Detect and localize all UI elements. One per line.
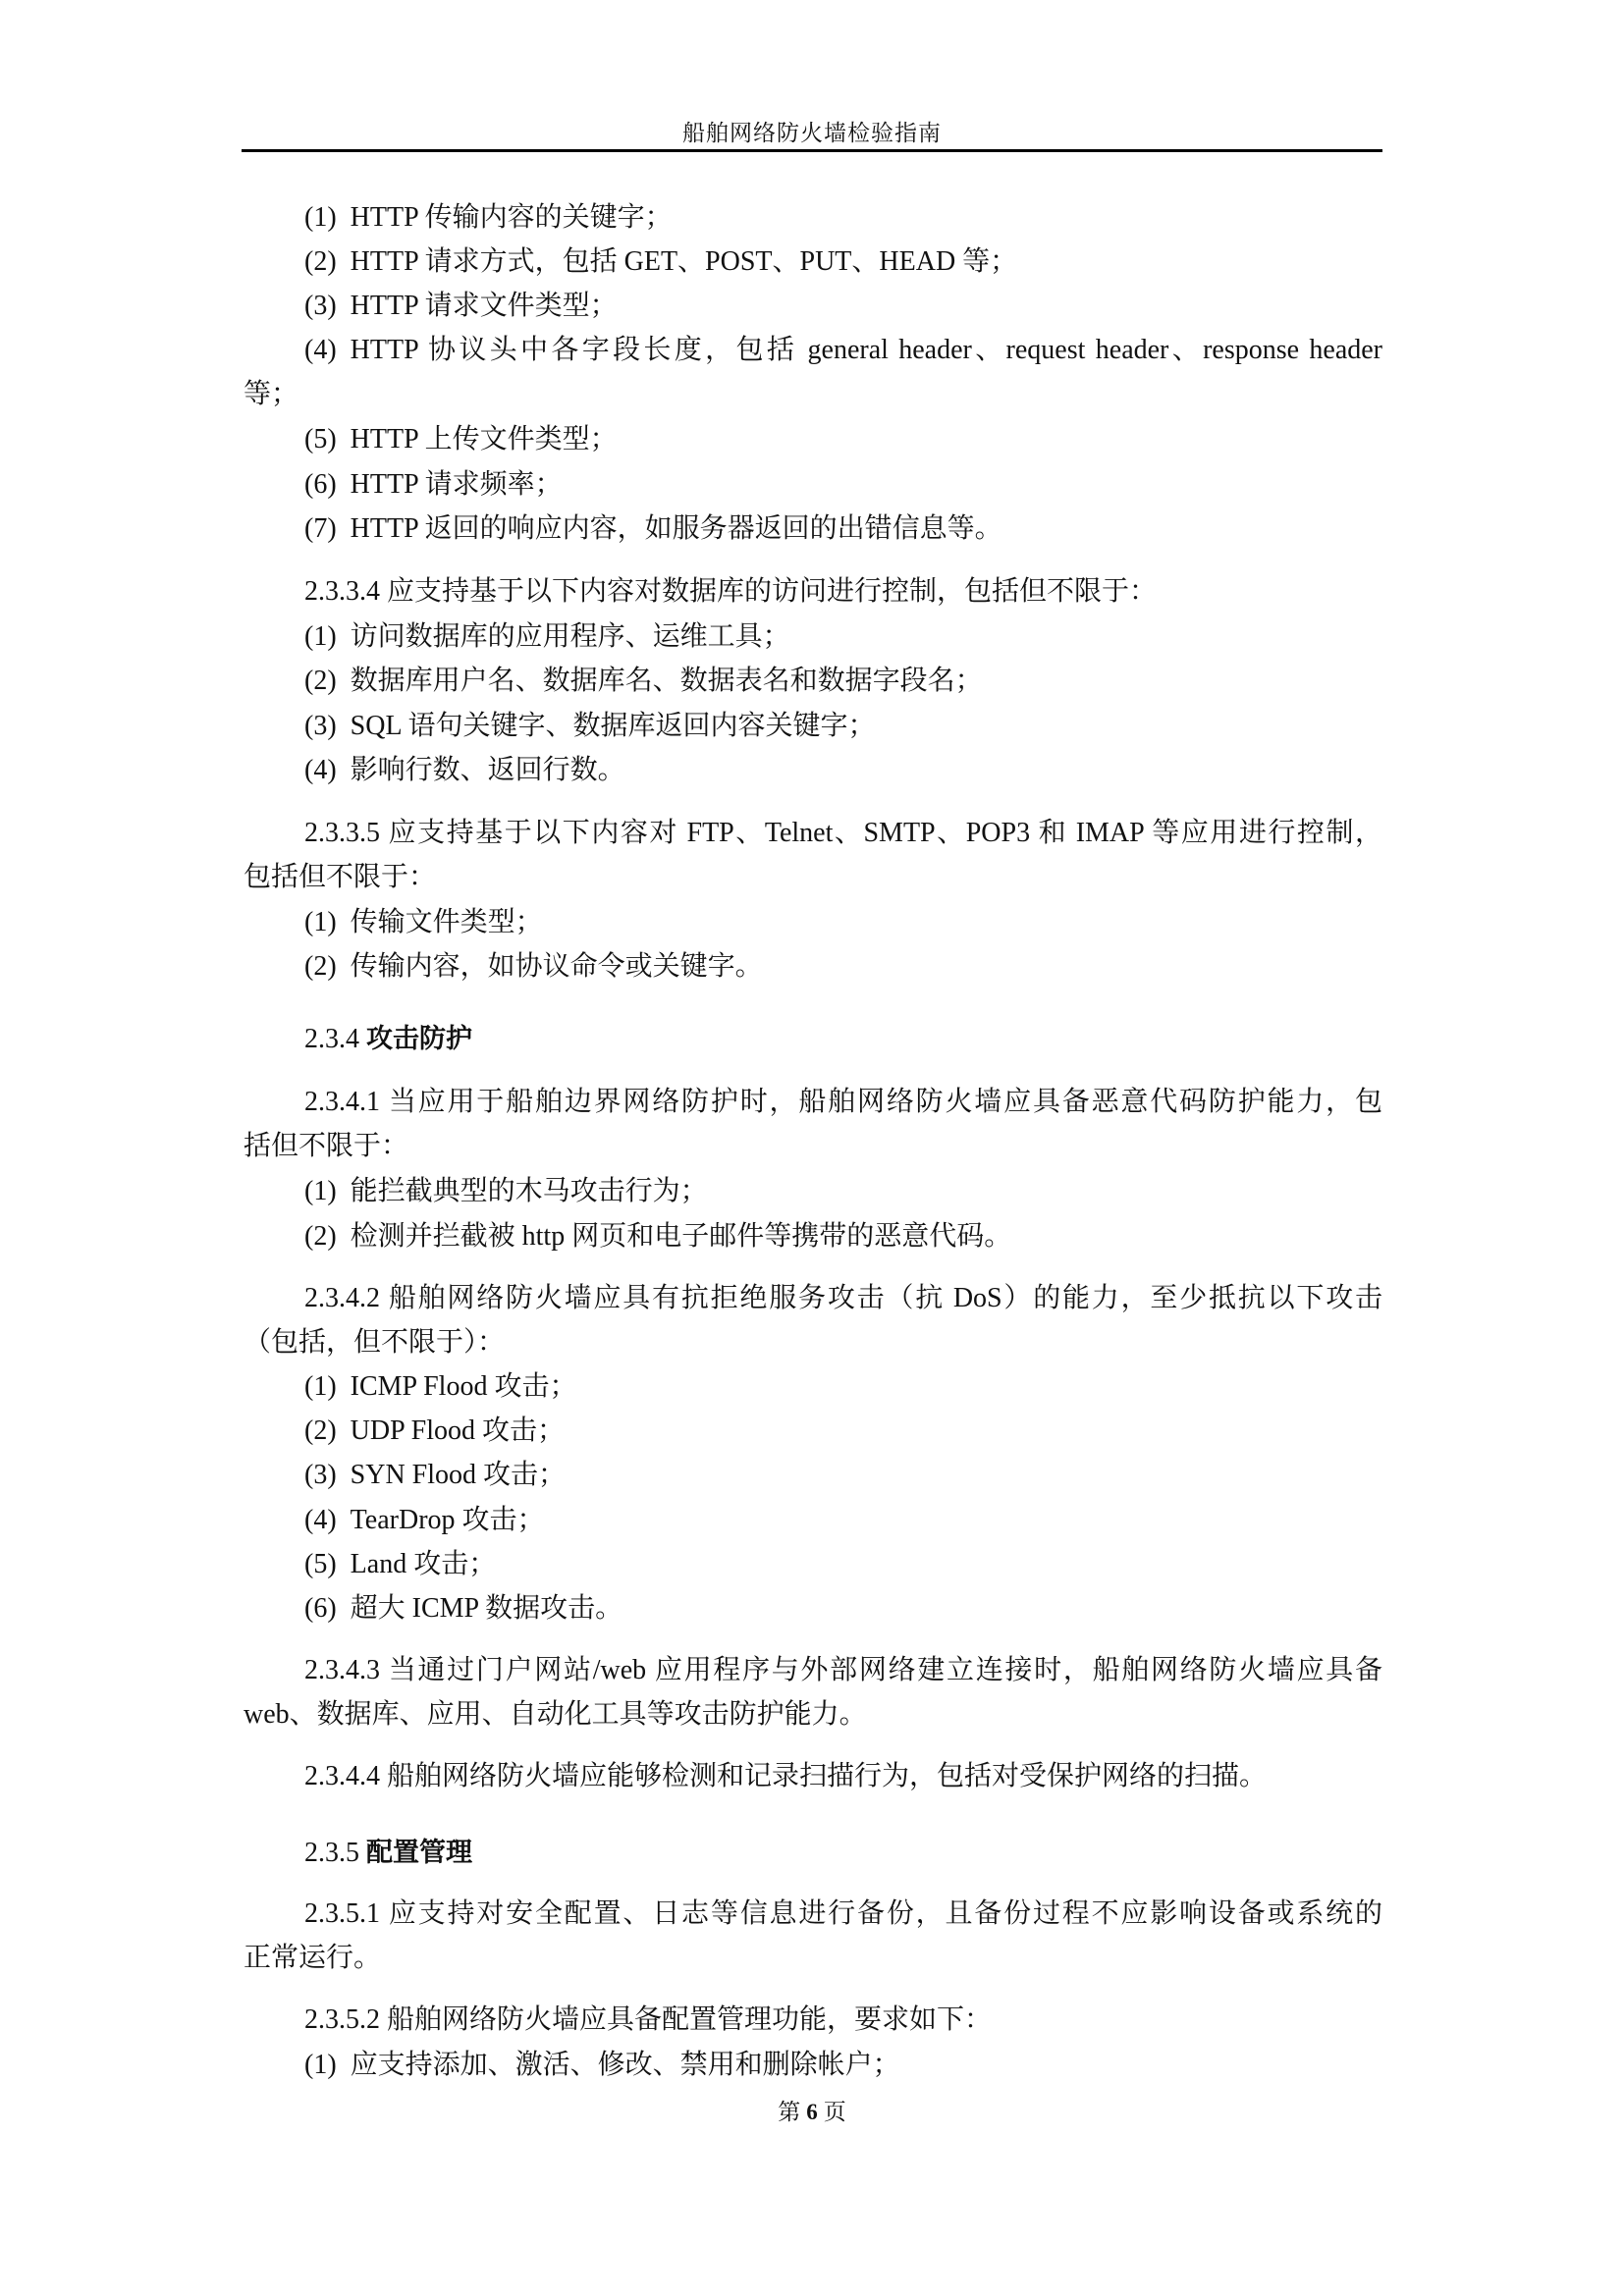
clause-2335: 2.3.3.5 应支持基于以下内容对 FTP、Telnet、SMTP、POP3 … [304, 814, 1382, 853]
list-item: (6)HTTP 请求频率； [304, 465, 1382, 505]
section-heading-234: 2.3.4 攻击防护 [304, 1020, 1382, 1059]
clause-continuation: 包括但不限于： [244, 858, 1382, 897]
clause-2334: 2.3.3.4 应支持基于以下内容对数据库的访问进行控制，包括但不限于： [304, 572, 1382, 612]
item-number: (1) [304, 621, 337, 652]
list-item: (5)HTTP 上传文件类型； [304, 420, 1382, 459]
list-item: (1)HTTP 传输内容的关键字； [304, 198, 1382, 238]
list-item-continuation: 等； [244, 375, 1382, 414]
list-item: (2)HTTP 请求方式，包括 GET、POST、PUT、HEAD 等； [304, 242, 1382, 282]
item-number: (3) [304, 291, 337, 321]
item-number: (4) [304, 335, 337, 365]
clause-continuation: 括但不限于： [244, 1127, 1382, 1166]
page-number: 6 [806, 2100, 818, 2124]
item-text: SQL 语句关键字、数据库返回内容关键字； [351, 711, 876, 741]
item-number: (5) [304, 424, 337, 454]
item-number: (6) [304, 1593, 337, 1624]
item-number: (2) [304, 666, 337, 696]
item-text: HTTP 返回的响应内容，如服务器返回的出错信息等。 [351, 513, 1002, 544]
item-text: 传输内容，如协议命令或关键字。 [351, 951, 763, 982]
item-text: UDP Flood 攻击； [351, 1415, 565, 1446]
item-text: 超大 ICMP 数据攻击。 [351, 1593, 623, 1624]
clause-number: 2.3.4.3 [304, 1655, 380, 1685]
item-text: 影响行数、返回行数。 [351, 755, 625, 785]
page-footer: 第6页 [0, 2097, 1624, 2128]
clause-number: 2.3.4.4 [304, 1761, 380, 1791]
section-title: 攻击防护 [366, 1024, 472, 1054]
item-text: HTTP 请求方式，包括 GET、POST、PUT、HEAD 等； [351, 246, 1018, 277]
list-item: (2)UDP Flood 攻击； [304, 1412, 1382, 1451]
item-number: (1) [304, 1176, 337, 1206]
item-text: 检测并拦截被 http 网页和电子邮件等携带的恶意代码。 [351, 1221, 1012, 1252]
clause-number: 2.3.4.1 [304, 1087, 380, 1117]
item-text: 数据库用户名、数据库名、数据表名和数据字段名； [351, 666, 983, 696]
header-divider [242, 149, 1382, 152]
list-item: (2)传输内容，如协议命令或关键字。 [304, 947, 1382, 987]
clause-number: 2.3.3.4 [304, 576, 380, 607]
list-item: (4)影响行数、返回行数。 [304, 751, 1382, 790]
page-prefix: 第 [778, 2100, 800, 2124]
item-number: (3) [304, 1460, 337, 1490]
item-text: ICMP Flood 攻击； [351, 1371, 577, 1402]
item-number: (1) [304, 2050, 337, 2080]
clause-text: 应支持基于以下内容对 FTP、Telnet、SMTP、POP3 和 IMAP 等… [389, 818, 1382, 848]
clause-text: 当应用于船舶边界网络防护时，船舶网络防火墙应具备恶意代码防护能力，包 [389, 1087, 1382, 1117]
clause-number: 2.3.3.5 [304, 818, 380, 848]
list-item: (7)HTTP 返回的响应内容，如服务器返回的出错信息等。 [304, 509, 1382, 549]
item-text: HTTP 请求文件类型； [351, 291, 618, 321]
item-text: HTTP 请求频率； [351, 469, 563, 500]
item-text: Land 攻击； [351, 1549, 497, 1579]
clause-number: 2.3.5.1 [304, 1898, 380, 1929]
item-number: (2) [304, 951, 337, 982]
clause-continuation: 正常运行。 [244, 1939, 1382, 1978]
list-item: (3)SQL 语句关键字、数据库返回内容关键字； [304, 707, 1382, 746]
item-number: (3) [304, 711, 337, 741]
clause-2343: 2.3.4.3 当通过门户网站/web 应用程序与外部网络建立连接时，船舶网络防… [304, 1651, 1382, 1690]
list-item: (1)访问数据库的应用程序、运维工具； [304, 617, 1382, 657]
item-number: (5) [304, 1549, 337, 1579]
item-text: HTTP 上传文件类型； [351, 424, 618, 454]
item-number: (4) [304, 1505, 337, 1535]
clause-2342: 2.3.4.2 船舶网络防火墙应具有抗拒绝服务攻击（抗 DoS）的能力，至少抵抗… [304, 1279, 1382, 1318]
clause-2352: 2.3.5.2 船舶网络防火墙应具备配置管理功能，要求如下： [304, 2001, 1382, 2040]
list-item: (6)超大 ICMP 数据攻击。 [304, 1589, 1382, 1629]
item-number: (2) [304, 1221, 337, 1252]
clause-number: 2.3.4.2 [304, 1283, 380, 1313]
list-item: (2)数据库用户名、数据库名、数据表名和数据字段名； [304, 662, 1382, 701]
clause-2341: 2.3.4.1 当应用于船舶边界网络防护时，船舶网络防火墙应具备恶意代码防护能力… [304, 1083, 1382, 1122]
clause-text: 船舶网络防火墙应能够检测和记录扫描行为，包括对受保护网络的扫描。 [387, 1761, 1267, 1791]
item-text: SYN Flood 攻击； [351, 1460, 566, 1490]
clause-text: 当通过门户网站/web 应用程序与外部网络建立连接时，船舶网络防火墙应具备 [389, 1655, 1382, 1685]
list-item: (4)HTTP 协议头中各字段长度，包括 general header、requ… [304, 331, 1382, 370]
item-number: (1) [304, 202, 337, 233]
clause-text: 船舶网络防火墙应具备配置管理功能，要求如下： [387, 2004, 992, 2035]
list-item: (3)HTTP 请求文件类型； [304, 287, 1382, 326]
list-item: (2)检测并拦截被 http 网页和电子邮件等携带的恶意代码。 [304, 1217, 1382, 1256]
list-item: (1)能拦截典型的木马攻击行为； [304, 1172, 1382, 1211]
page-suffix: 页 [824, 2100, 846, 2124]
clause-text: 船舶网络防火墙应具有抗拒绝服务攻击（抗 DoS）的能力，至少抵抗以下攻击 [389, 1283, 1382, 1313]
clause-number: 2.3.5.2 [304, 2004, 380, 2035]
list-item: (4)TearDrop 攻击； [304, 1501, 1382, 1540]
section-title: 配置管理 [366, 1838, 472, 1868]
item-text: TearDrop 攻击； [351, 1505, 545, 1535]
item-text: 能拦截典型的木马攻击行为； [351, 1176, 708, 1206]
item-number: (1) [304, 1371, 337, 1402]
item-number: (4) [304, 755, 337, 785]
item-text: 访问数据库的应用程序、运维工具； [351, 621, 790, 652]
list-item: (3)SYN Flood 攻击； [304, 1456, 1382, 1495]
clause-continuation: web、数据库、应用、自动化工具等攻击防护能力。 [244, 1695, 1382, 1735]
item-text: HTTP 协议头中各字段长度，包括 general header、request… [351, 335, 1382, 365]
item-number: (6) [304, 469, 337, 500]
item-text: 传输文件类型； [351, 907, 543, 937]
clause-text: 应支持基于以下内容对数据库的访问进行控制，包括但不限于： [387, 576, 1157, 607]
item-number: (2) [304, 246, 337, 277]
list-item: (1)应支持添加、激活、修改、禁用和删除帐户； [304, 2046, 1382, 2085]
clause-2344: 2.3.4.4 船舶网络防火墙应能够检测和记录扫描行为，包括对受保护网络的扫描。 [304, 1757, 1382, 1796]
clause-continuation: （包括，但不限于）： [244, 1323, 1382, 1362]
item-number: (7) [304, 513, 337, 544]
list-item: (1)ICMP Flood 攻击； [304, 1367, 1382, 1407]
list-item: (5)Land 攻击； [304, 1545, 1382, 1584]
section-number: 2.3.5 [304, 1838, 359, 1868]
item-text: 应支持添加、激活、修改、禁用和删除帐户； [351, 2050, 900, 2080]
item-number: (2) [304, 1415, 337, 1446]
document-title: 船舶网络防火墙检验指南 [0, 118, 1624, 149]
section-number: 2.3.4 [304, 1024, 359, 1054]
item-number: (1) [304, 907, 337, 937]
clause-2351: 2.3.5.1 应支持对安全配置、日志等信息进行备份，且备份过程不应影响设备或系… [304, 1895, 1382, 1934]
clause-text: 应支持对安全配置、日志等信息进行备份，且备份过程不应影响设备或系统的 [389, 1898, 1382, 1929]
section-heading-235: 2.3.5 配置管理 [304, 1834, 1382, 1873]
list-item: (1)传输文件类型； [304, 903, 1382, 942]
item-text: HTTP 传输内容的关键字； [351, 202, 673, 233]
